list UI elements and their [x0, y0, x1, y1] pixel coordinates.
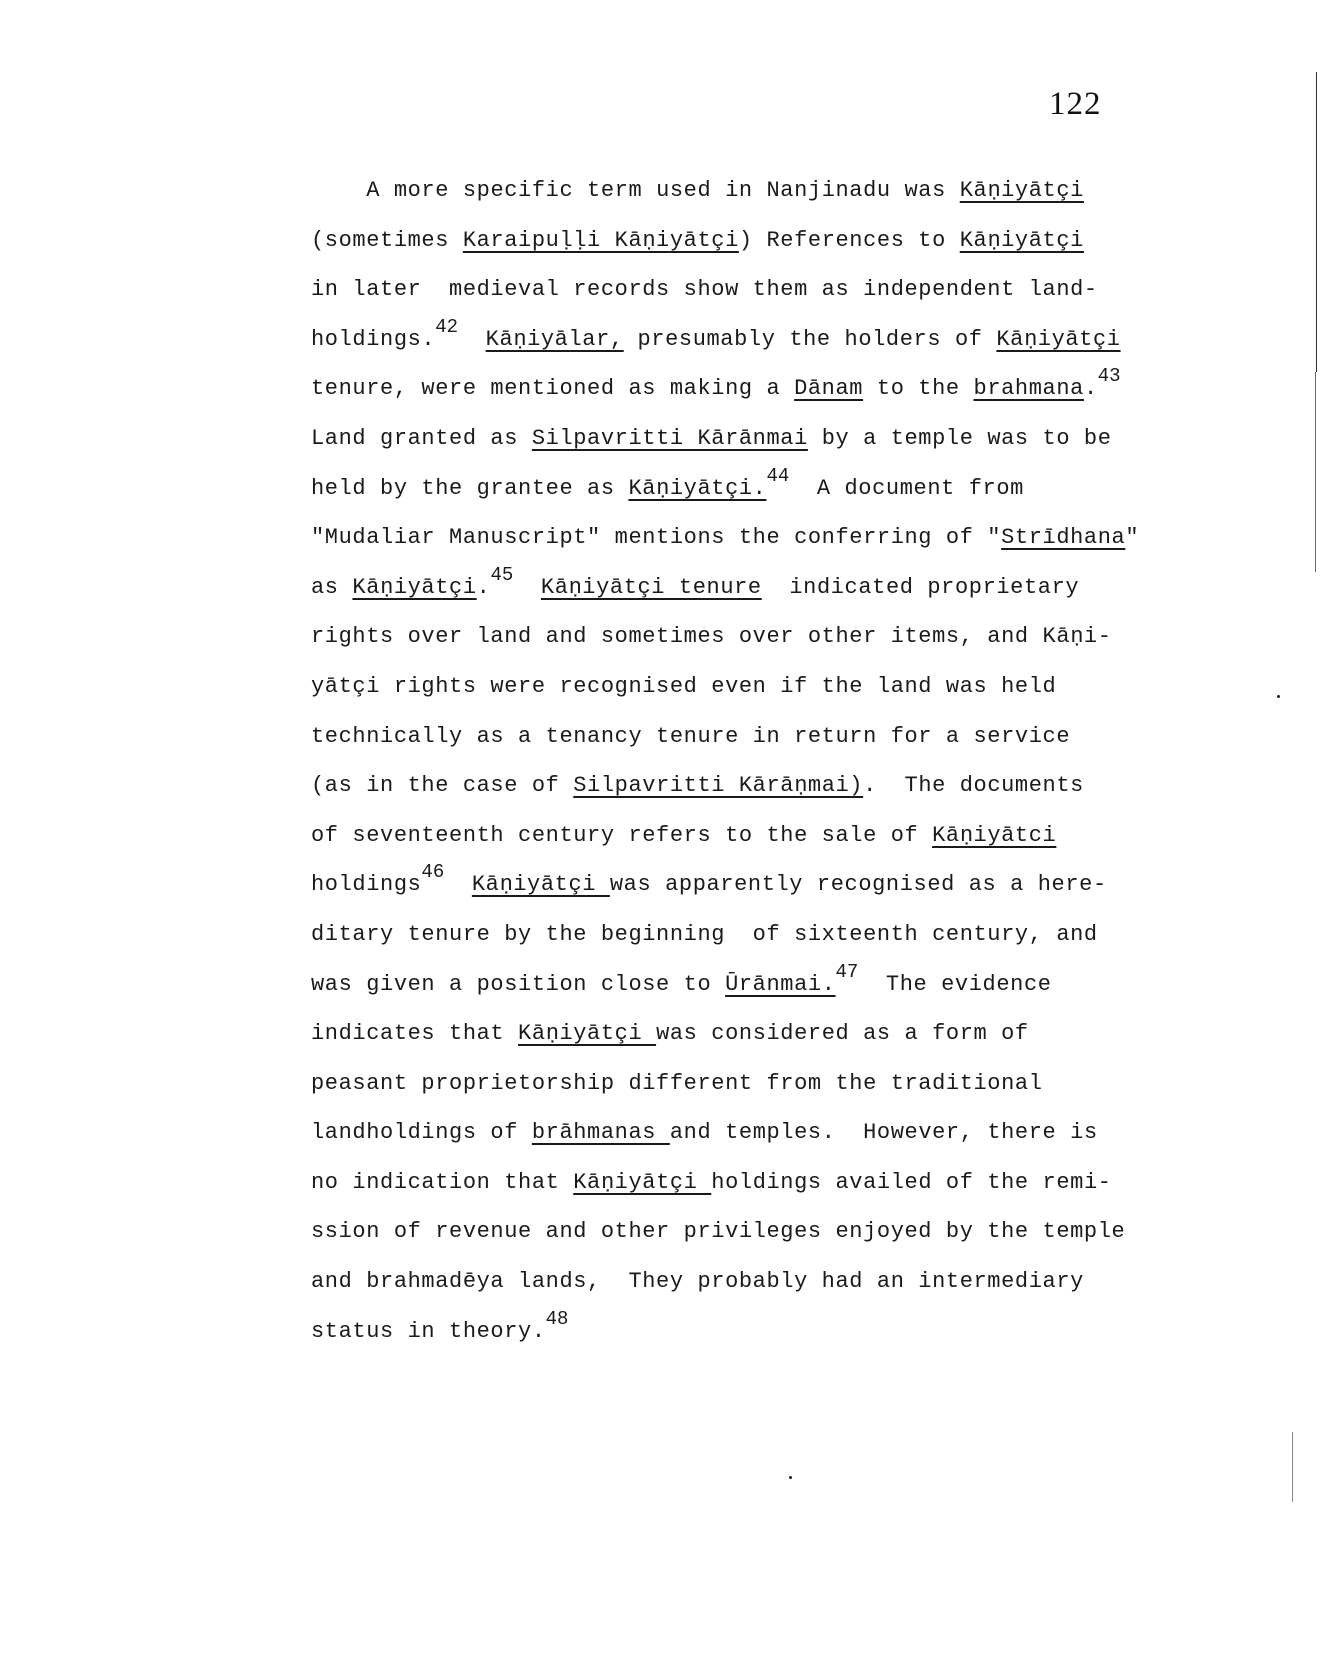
- text-run: status in theory.: [311, 1319, 546, 1344]
- text-line: technically as a tenancy tenure in retur…: [311, 712, 1211, 762]
- text-run: no indication that: [311, 1170, 573, 1195]
- text-run: .: [477, 575, 491, 600]
- text-run: A more specific term used in Nanjinadu w…: [366, 178, 960, 203]
- text-run: landholdings of: [311, 1120, 532, 1145]
- underlined-term: Kāṇiyātci: [932, 823, 1056, 848]
- text-line: Land granted as Silpavritti Kārānmai by …: [311, 414, 1211, 464]
- text-run: as: [311, 575, 352, 600]
- underlined-term: Kāṇiyātçi: [472, 872, 610, 897]
- text-line: (sometimes Karaipuḷḷi Kāṇiyātçi) Referen…: [311, 216, 1211, 266]
- text-line: "Mudaliar Manuscript" mentions the confe…: [311, 513, 1211, 563]
- text-line: holdings46 Kāṇiyātçi was apparently reco…: [311, 860, 1211, 910]
- text-run: indicated proprietary: [762, 575, 1079, 600]
- text-run: held by the grantee as: [311, 476, 628, 501]
- text-run: "Mudaliar Manuscript" mentions the confe…: [311, 525, 1001, 550]
- underlined-term: Strīdhana: [1001, 525, 1125, 550]
- text-run: A document from: [789, 476, 1024, 501]
- paragraph-indent: [311, 178, 366, 203]
- underlined-term: Kāṇiyātçi: [960, 228, 1084, 253]
- text-line: yātçi rights were recognised even if the…: [311, 662, 1211, 712]
- text-line: of seventeenth century refers to the sal…: [311, 811, 1211, 861]
- text-line: peasant proprietorship different from th…: [311, 1059, 1211, 1109]
- text-run: rights over land and sometimes over othe…: [311, 624, 1112, 649]
- footnote-reference: 45: [490, 564, 513, 586]
- underlined-term: Ūrānmai.: [725, 972, 835, 997]
- text-line: status in theory.48: [311, 1307, 1211, 1357]
- underlined-term: Karaipuḷḷi Kāṇiyātçi: [463, 228, 739, 253]
- footnote-reference: 48: [546, 1308, 569, 1330]
- scan-speck: [1277, 695, 1280, 698]
- text-run: in later medieval records show them as i…: [311, 277, 1098, 302]
- text-run: technically as a tenancy tenure in retur…: [311, 724, 1070, 749]
- underlined-term: Dānam: [794, 376, 863, 401]
- body-paragraph: A more specific term used in Nanjinadu w…: [311, 166, 1211, 1356]
- underlined-term: Kāṇiyātçi: [573, 1170, 711, 1195]
- underlined-term: Kāṇiyātçi: [352, 575, 476, 600]
- text-run: peasant proprietorship different from th…: [311, 1071, 1043, 1096]
- underlined-term: brāhmanas: [532, 1120, 670, 1145]
- text-run: and temples. However, there is: [670, 1120, 1098, 1145]
- text-line: indicates that Kāṇiyātçi was considered …: [311, 1009, 1211, 1059]
- text-run: by a temple was to be: [808, 426, 1112, 451]
- underlined-term: Kāṇiyātçi: [518, 1021, 656, 1046]
- scan-edge-line: [1315, 372, 1316, 572]
- text-line: tenure, were mentioned as making a Dānam…: [311, 364, 1211, 414]
- text-run: [458, 327, 486, 352]
- footnote-reference: 46: [421, 861, 444, 883]
- text-run: [513, 575, 541, 600]
- scan-edge-line: [1292, 1432, 1293, 1502]
- text-run: to the: [863, 376, 973, 401]
- underlined-term: Kāṇiyātçi: [960, 178, 1084, 203]
- underlined-term: Kāṇiyātçi: [996, 327, 1120, 352]
- text-line: rights over land and sometimes over othe…: [311, 612, 1211, 662]
- text-line: in later medieval records show them as i…: [311, 265, 1211, 315]
- text-line: no indication that Kāṇiyātçi holdings av…: [311, 1158, 1211, 1208]
- text-run: tenure, were mentioned as making a: [311, 376, 794, 401]
- text-run: was considered as a form of: [656, 1021, 1029, 1046]
- text-line: as Kāṇiyātçi.45 Kāṇiyātçi tenure indicat…: [311, 563, 1211, 613]
- underlined-term: brahmana: [974, 376, 1084, 401]
- footnote-reference: 43: [1098, 365, 1121, 387]
- text-run: ditary tenure by the beginning of sixtee…: [311, 922, 1098, 947]
- text-line: held by the grantee as Kāṇiyātçi.44 A do…: [311, 464, 1211, 514]
- scan-speck: [789, 1476, 792, 1479]
- text-run: The evidence: [858, 972, 1051, 997]
- text-line: A more specific term used in Nanjinadu w…: [311, 166, 1211, 216]
- text-run: . The documents: [863, 773, 1084, 798]
- text-line: was given a position close to Ūrānmai.47…: [311, 960, 1211, 1010]
- underlined-term: Kāṇiyālar,: [486, 327, 624, 352]
- underlined-term: Silpavritti Kārāṇmai): [573, 773, 863, 798]
- text-run: holdings availed of the remi-: [711, 1170, 1111, 1195]
- text-line: holdings.42 Kāṇiyālar, presumably the ho…: [311, 315, 1211, 365]
- underlined-term: Silpavritti Kārānmai: [532, 426, 808, 451]
- footnote-reference: 47: [836, 961, 859, 983]
- text-line: ssion of revenue and other privileges en…: [311, 1207, 1211, 1257]
- text-run: yātçi rights were recognised even if the…: [311, 674, 1056, 699]
- text-run: [444, 872, 472, 897]
- text-run: was apparently recognised as a here-: [610, 872, 1107, 897]
- footnote-reference: 44: [766, 465, 789, 487]
- text-run: ": [1125, 525, 1139, 550]
- underlined-term: Kāṇiyātçi tenure: [541, 575, 762, 600]
- text-line: (as in the case of Silpavritti Kārāṇmai)…: [311, 761, 1211, 811]
- text-line: ditary tenure by the beginning of sixtee…: [311, 910, 1211, 960]
- text-run: .: [1084, 376, 1098, 401]
- text-run: holdings: [311, 872, 421, 897]
- scan-edge-line: [1316, 72, 1317, 372]
- text-run: presumably the holders of: [624, 327, 997, 352]
- text-line: landholdings of brāhmanas and temples. H…: [311, 1108, 1211, 1158]
- text-run: (sometimes: [311, 228, 463, 253]
- text-run: (as in the case of: [311, 773, 573, 798]
- page-number: 122: [1049, 86, 1102, 123]
- text-line: and brahmadēya lands, They probably had …: [311, 1257, 1211, 1307]
- text-run: of seventeenth century refers to the sal…: [311, 823, 932, 848]
- text-run: ssion of revenue and other privileges en…: [311, 1219, 1125, 1244]
- footnote-reference: 42: [435, 316, 458, 338]
- text-run: indicates that: [311, 1021, 518, 1046]
- text-run: and brahmadēya lands, They probably had …: [311, 1269, 1084, 1294]
- text-run: was given a position close to: [311, 972, 725, 997]
- text-run: Land granted as: [311, 426, 532, 451]
- text-run: ) References to: [739, 228, 960, 253]
- text-run: holdings.: [311, 327, 435, 352]
- underlined-term: Kāṇiyātçi.: [628, 476, 766, 501]
